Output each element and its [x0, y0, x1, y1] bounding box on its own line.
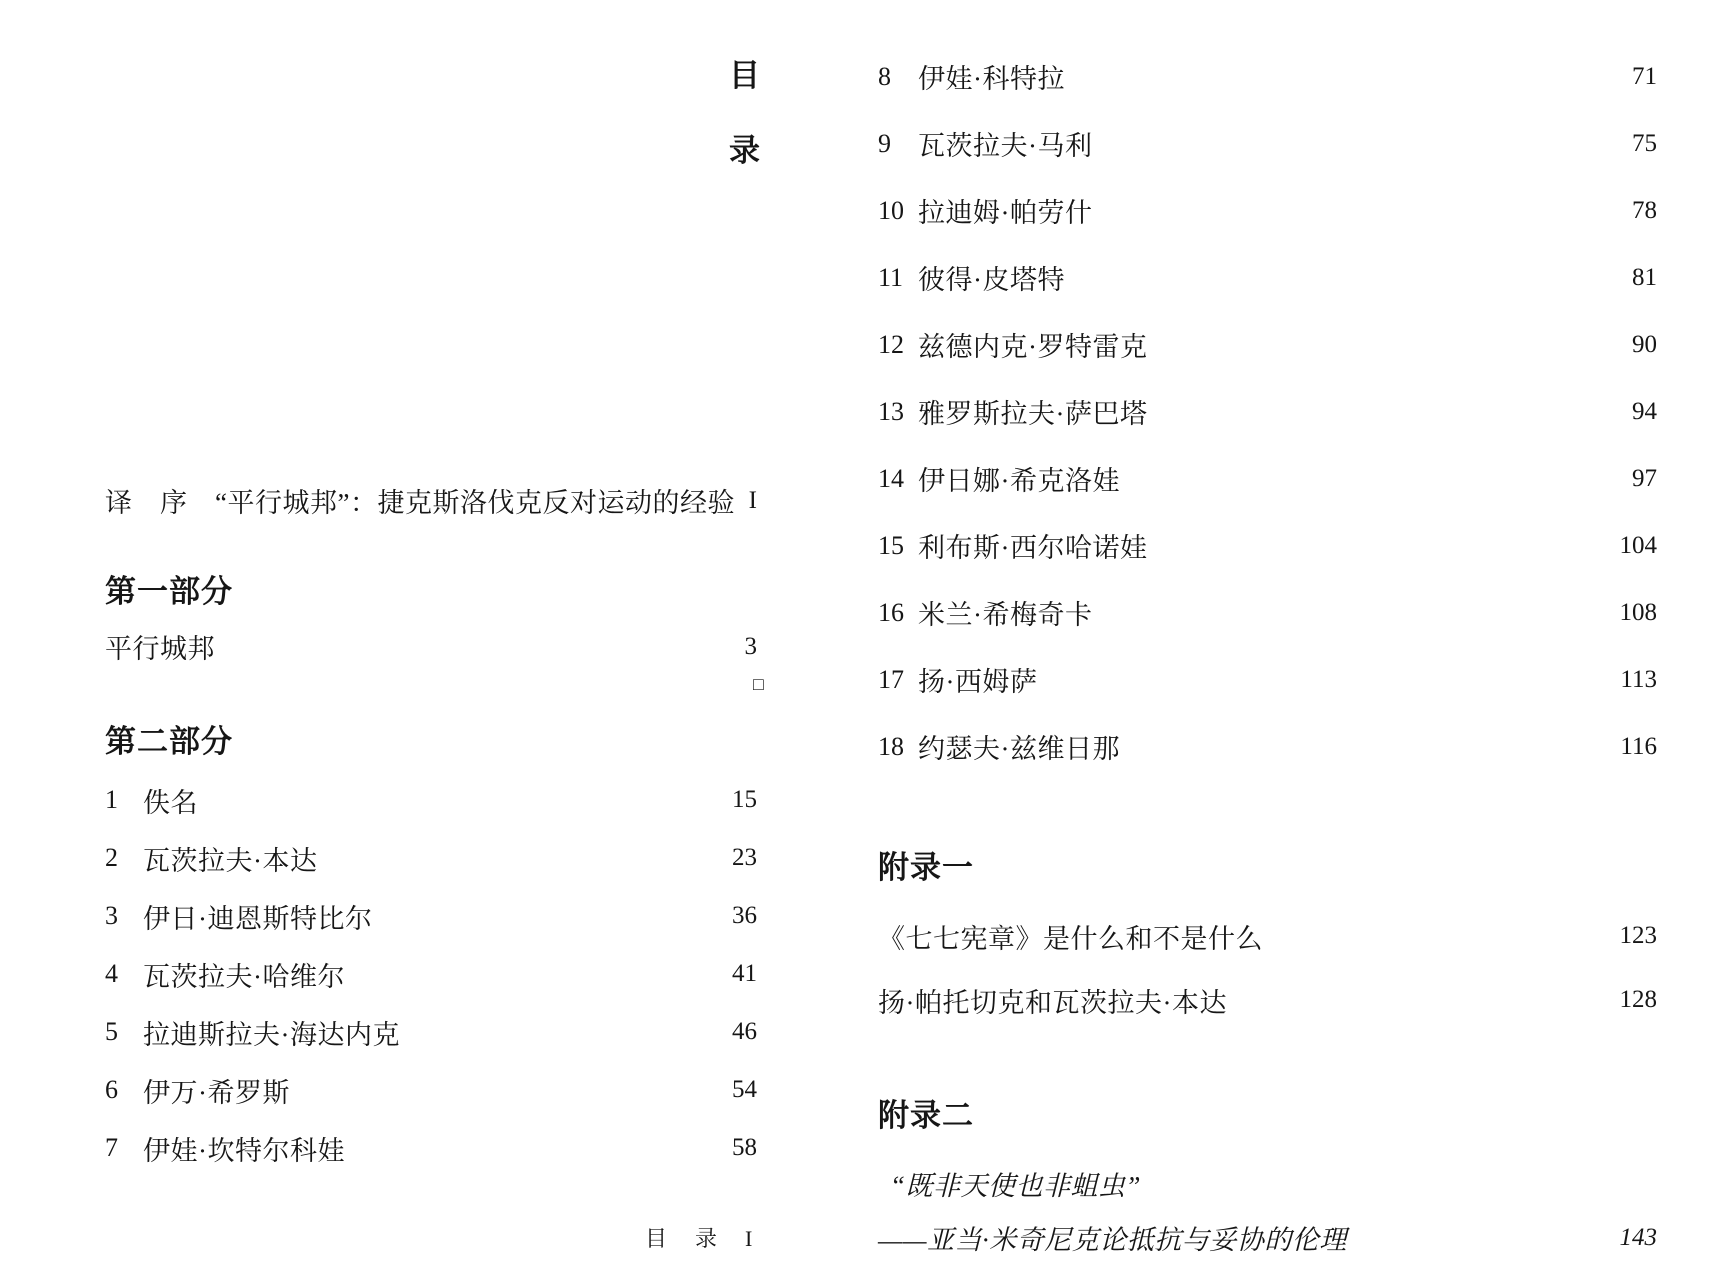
part1-entry: 平行城邦 3: [105, 627, 757, 666]
toc-entry-label: 拉迪姆·帕劳什: [918, 191, 1632, 230]
toc-entry-page-number: 71: [1632, 63, 1657, 91]
toc-entry-number: 17: [878, 665, 918, 695]
toc-entry-page-number: 90: [1632, 331, 1657, 359]
toc-entry: 8 伊娃·科特拉 71: [878, 43, 1657, 110]
toc-entry-label: 拉迪斯拉夫·海达内克: [143, 1013, 732, 1052]
toc-entry-page-number: 36: [732, 902, 757, 930]
toc-entry: 18 约瑟夫·兹维日那 116: [878, 713, 1657, 780]
toc-entry-label: 雅罗斯拉夫·萨巴塔: [918, 392, 1632, 431]
toc-entry-number: 14: [878, 464, 918, 494]
toc-entry-label: 瓦茨拉夫·马利: [918, 124, 1632, 163]
toc-entry-label: 伊娃·科特拉: [918, 57, 1632, 96]
toc-entry-label: 伊娃·坎特尔科娃: [143, 1129, 732, 1168]
part2-heading: 第二部分: [105, 716, 233, 761]
toc-entry-number: 16: [878, 598, 918, 628]
toc-entry-number: 6: [105, 1075, 143, 1105]
toc-entry-page-number: 128: [1620, 986, 1658, 1014]
toc-entry-number: 4: [105, 959, 143, 989]
toc-entry-page-number: 23: [732, 844, 757, 872]
toc-title-char-mu: 目: [729, 50, 760, 95]
footer-page-number: I: [745, 1226, 752, 1252]
toc-entry-page-number: 81: [1632, 264, 1657, 292]
toc-entry-number: 2: [105, 843, 143, 873]
toc-entry-label: 伊日娜·希克洛娃: [918, 459, 1632, 498]
toc-entry-page-number: 116: [1620, 733, 1657, 761]
appendix2-title-line: “既非天使也非蛆虫”: [890, 1164, 1141, 1203]
toc-entry: 16 米兰·希梅奇卡 108: [878, 579, 1657, 646]
page-footer: 目 录 I: [645, 1222, 752, 1253]
hollow-square-mark: □: [753, 674, 764, 695]
toc-entry-number: 9: [878, 129, 918, 159]
appendix1-list: 《七七宪章》是什么和不是什么 123 扬·帕托切克和瓦茨拉夫·本达 128: [878, 904, 1657, 1032]
toc-entry-number: 10: [878, 196, 918, 226]
toc-entry-number: 1: [105, 785, 143, 815]
footer-char-lu: 录: [695, 1222, 717, 1253]
part1-heading: 第一部分: [105, 566, 233, 611]
toc-entry-label: 伊万·希罗斯: [143, 1071, 732, 1110]
toc-entry-page-number: 108: [1620, 599, 1658, 627]
toc-entry-number: 18: [878, 732, 918, 762]
toc-entry: 7 伊娃·坎特尔科娃 58: [105, 1119, 757, 1177]
toc-entry-page-number: 94: [1632, 398, 1657, 426]
toc-entry: 2 瓦茨拉夫·本达 23: [105, 829, 757, 887]
toc-entry-page-number: 143: [1620, 1224, 1658, 1252]
toc-entry-label: 伊日·迪恩斯特比尔: [143, 897, 732, 936]
toc-entry-page-number: 113: [1620, 666, 1657, 694]
toc-entry-number: 12: [878, 330, 918, 360]
toc-entry: 3 伊日·迪恩斯特比尔 36: [105, 887, 757, 945]
toc-entry: 12 兹德内克·罗特雷克 90: [878, 311, 1657, 378]
toc-entry-number: 13: [878, 397, 918, 427]
toc-entry-page-number: 46: [732, 1018, 757, 1046]
toc-entry-page-number: 58: [732, 1134, 757, 1162]
toc-entry-page-number: 75: [1632, 130, 1657, 158]
toc-entry-page-number: 78: [1632, 197, 1657, 225]
toc-entry-label: 瓦茨拉夫·哈维尔: [143, 955, 732, 994]
toc-entry: 11 彼得·皮塔特 81: [878, 244, 1657, 311]
left-toc-list: 1 佚名 15 2 瓦茨拉夫·本达 23 3 伊日·迪恩斯特比尔 36 4 瓦茨…: [105, 771, 757, 1177]
toc-entry-page-number: 15: [732, 786, 757, 814]
toc-entry-label: 兹德内克·罗特雷克: [918, 325, 1632, 364]
toc-entry: 4 瓦茨拉夫·哈维尔 41: [105, 945, 757, 1003]
toc-entry-page-number: 54: [732, 1076, 757, 1104]
preface-entry: 译 序 “平行城邦”：捷克斯洛伐克反对运动的经验 I: [105, 481, 757, 520]
toc-entry: 17 扬·西姆萨 113: [878, 646, 1657, 713]
toc-entry-label: 彼得·皮塔特: [918, 258, 1632, 297]
toc-entry-number: 7: [105, 1133, 143, 1163]
toc-entry-number: 5: [105, 1017, 143, 1047]
toc-entry-label: 扬·帕托切克和瓦茨拉夫·本达: [878, 981, 1620, 1020]
appendix2-entry: ——亚当·米奇尼克论抵抗与妥协的伦理 143: [878, 1218, 1657, 1257]
toc-entry: 9 瓦茨拉夫·马利 75: [878, 110, 1657, 177]
part1-entry-page-number: 3: [745, 633, 758, 661]
part1-entry-label: 平行城邦: [105, 627, 745, 666]
preface-label: 译 序 “平行城邦”：捷克斯洛伐克反对运动的经验: [105, 481, 749, 520]
toc-entry-label: 瓦茨拉夫·本达: [143, 839, 732, 878]
right-toc-list: 8 伊娃·科特拉 71 9 瓦茨拉夫·马利 75 10 拉迪姆·帕劳什 78 1…: [878, 43, 1657, 780]
toc-vertical-title: 目 录: [729, 50, 760, 170]
toc-entry-page-number: 97: [1632, 465, 1657, 493]
appendix2-heading: 附录二: [878, 1090, 974, 1135]
footer-char-mu: 目: [645, 1222, 667, 1253]
toc-entry-label: 利布斯·西尔哈诺娃: [918, 526, 1620, 565]
toc-entry-label: 《七七宪章》是什么和不是什么: [878, 917, 1620, 956]
toc-entry: 扬·帕托切克和瓦茨拉夫·本达 128: [878, 968, 1657, 1032]
toc-entry-number: 15: [878, 531, 918, 561]
toc-entry: 6 伊万·希罗斯 54: [105, 1061, 757, 1119]
toc-entry-label: 约瑟夫·兹维日那: [918, 727, 1620, 766]
toc-entry-label: ——亚当·米奇尼克论抵抗与妥协的伦理: [878, 1218, 1620, 1257]
toc-entry-page-number: 123: [1620, 922, 1658, 950]
toc-entry: 10 拉迪姆·帕劳什 78: [878, 177, 1657, 244]
toc-entry-label: 佚名: [143, 781, 732, 820]
toc-entry: 13 雅罗斯拉夫·萨巴塔 94: [878, 378, 1657, 445]
toc-entry: 1 佚名 15: [105, 771, 757, 829]
preface-page-number: I: [749, 487, 757, 515]
toc-entry: 5 拉迪斯拉夫·海达内克 46: [105, 1003, 757, 1061]
toc-entry-label: 米兰·希梅奇卡: [918, 593, 1620, 632]
toc-entry: 《七七宪章》是什么和不是什么 123: [878, 904, 1657, 968]
toc-entry: 14 伊日娜·希克洛娃 97: [878, 445, 1657, 512]
toc-title-char-lu: 录: [729, 125, 760, 170]
toc-entry-page-number: 41: [732, 960, 757, 988]
toc-entry-number: 8: [878, 62, 918, 92]
toc-entry-number: 11: [878, 263, 918, 293]
toc-entry-label: 扬·西姆萨: [918, 660, 1620, 699]
toc-entry-number: 3: [105, 901, 143, 931]
toc-entry: 15 利布斯·西尔哈诺娃 104: [878, 512, 1657, 579]
appendix1-heading: 附录一: [878, 842, 974, 887]
toc-entry-page-number: 104: [1620, 532, 1658, 560]
